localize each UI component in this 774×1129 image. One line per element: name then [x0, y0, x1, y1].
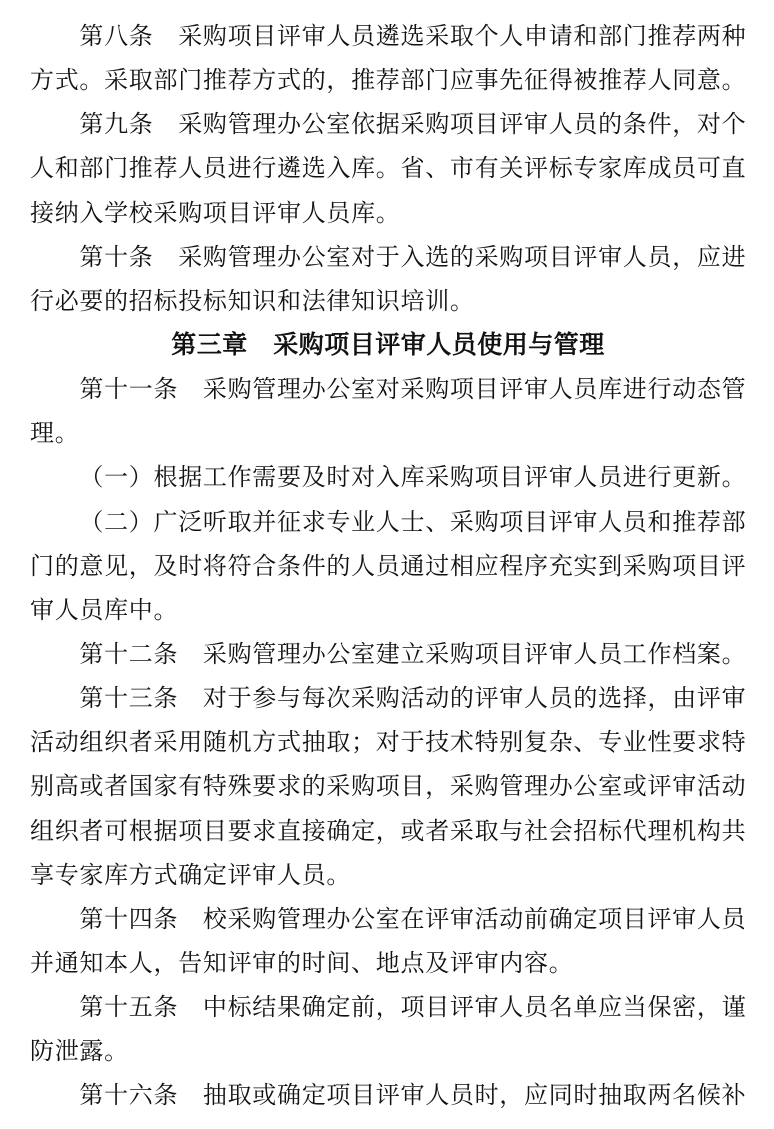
- body-text-line: 理。: [30, 411, 746, 455]
- body-text-line: （二）广泛听取并征求专业人士、采购项目评审人员和推荐部: [30, 500, 746, 544]
- body-text-line: 享专家库方式确定评审人员。: [30, 853, 746, 897]
- body-text-line: 第十条 采购管理办公室对于入选的采购项目评审人员，应进: [30, 235, 746, 279]
- body-text-line: 人和部门推荐人员进行遴选入库。省、市有关评标专家库成员可直: [30, 146, 746, 190]
- body-text-line: 行必要的招标投标知识和法律知识培训。: [30, 279, 746, 323]
- document-page: 第八条 采购项目评审人员遴选采取个人申请和部门推荐两种方式。采取部门推荐方式的，…: [0, 0, 774, 1129]
- body-text-line: 第十二条 采购管理办公室建立采购项目评审人员工作档案。: [30, 632, 746, 676]
- body-text-line: 审人员库中。: [30, 588, 746, 632]
- body-text-line: 别高或者国家有特殊要求的采购项目，采购管理办公室或评审活动: [30, 764, 746, 808]
- body-text-line: 组织者可根据项目要求直接确定，或者采取与社会招标代理机构共: [30, 809, 746, 853]
- body-text-line: 门的意见，及时将符合条件的人员通过相应程序充实到采购项目评: [30, 544, 746, 588]
- document-content: 第八条 采购项目评审人员遴选采取个人申请和部门推荐两种方式。采取部门推荐方式的，…: [30, 14, 746, 1118]
- body-text-line: 第十五条 中标结果确定前，项目评审人员名单应当保密，谨: [30, 985, 746, 1029]
- body-text-line: 防泄露。: [30, 1029, 746, 1073]
- body-text-line: 第十三条 对于参与每次采购活动的评审人员的选择，由评审: [30, 676, 746, 720]
- body-text-line: 方式。采取部门推荐方式的，推荐部门应事先征得被推荐人同意。: [30, 58, 746, 102]
- body-text-line: 接纳入学校采购项目评审人员库。: [30, 191, 746, 235]
- body-text-line: （一）根据工作需要及时对入库采购项目评审人员进行更新。: [30, 455, 746, 499]
- body-text-line: 第九条 采购管理办公室依据采购项目评审人员的条件，对个: [30, 102, 746, 146]
- body-text-line: 活动组织者采用随机方式抽取；对于技术特别复杂、专业性要求特: [30, 720, 746, 764]
- chapter-heading: 第三章 采购项目评审人员使用与管理: [30, 323, 746, 367]
- body-text-line: 第十四条 校采购管理办公室在评审活动前确定项目评审人员: [30, 897, 746, 941]
- body-text-line: 第十六条 抽取或确定项目评审人员时，应同时抽取两名候补: [30, 1073, 746, 1117]
- body-text-line: 并通知本人，告知评审的时间、地点及评审内容。: [30, 941, 746, 985]
- body-text-line: 第十一条 采购管理办公室对采购项目评审人员库进行动态管: [30, 367, 746, 411]
- body-text-line: 第八条 采购项目评审人员遴选采取个人申请和部门推荐两种: [30, 14, 746, 58]
